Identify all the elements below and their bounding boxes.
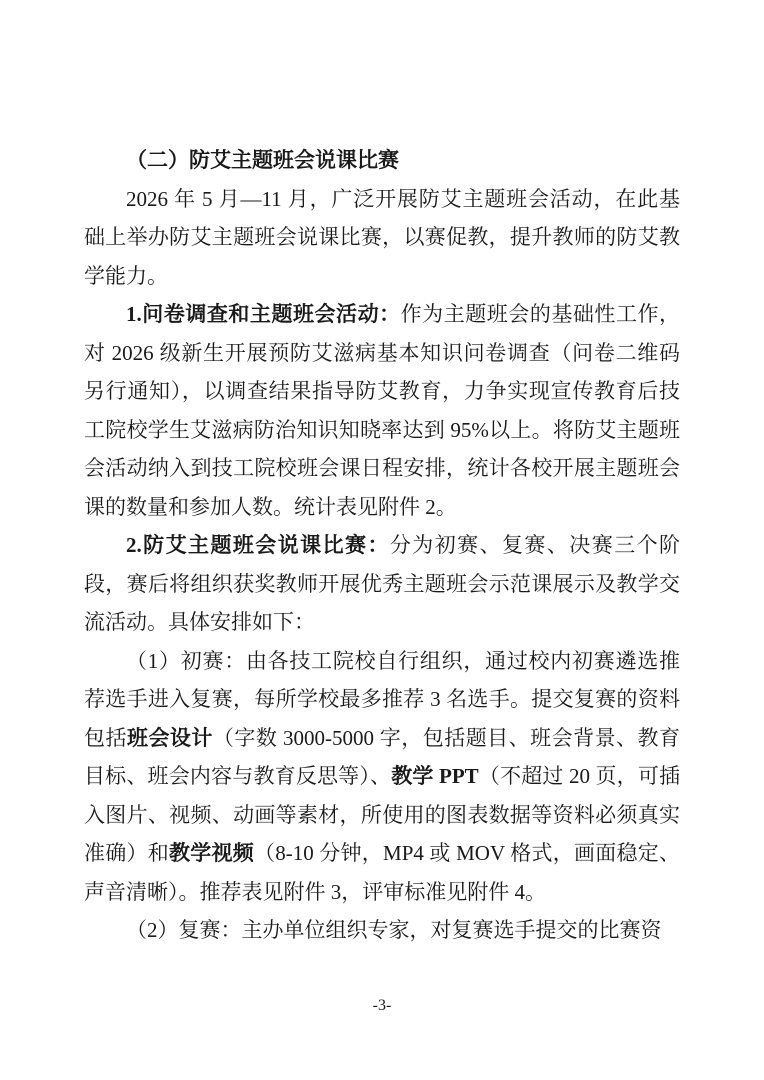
paragraphs-container: 2026 年 5 月—11 月，广泛开展防艾主题班会活动，在此基础上举办防艾主题…: [84, 180, 680, 950]
document-body: （二）防艾主题班会说课比赛 2026 年 5 月—11 月，广泛开展防艾主题班会…: [84, 141, 680, 950]
text-run: 作为主题班会的基础性工作，对 2026 级新生开展预防艾滋病基本知识问卷调查（问…: [84, 302, 680, 519]
bold-run: 教学 PPT: [391, 764, 478, 788]
paragraph: （1）初赛：由各技工院校自行组织，通过校内初赛遴选推荐选手进入复赛，每所学校最多…: [84, 642, 680, 912]
document-page: { "document": { "heading": "（二）防艾主题班会说课比…: [0, 0, 764, 1080]
paragraph: （2）复赛：主办单位组织专家，对复赛选手提交的比赛资: [84, 911, 680, 950]
text-run: 2026 年 5 月—11 月，广泛开展防艾主题班会活动，在此基础上举办防艾主题…: [84, 187, 680, 288]
paragraph: 2.防艾主题班会说课比赛：分为初赛、复赛、决赛三个阶段，赛后将组织获奖教师开展优…: [84, 526, 680, 642]
page-number: -3-: [0, 996, 764, 1016]
bold-run: 2.防艾主题班会说课比赛：: [126, 533, 390, 557]
bold-run: 1.问卷调查和主题班会活动：: [126, 302, 401, 326]
paragraph: 2026 年 5 月—11 月，广泛开展防艾主题班会活动，在此基础上举办防艾主题…: [84, 180, 680, 296]
page: （二）防艾主题班会说课比赛 2026 年 5 月—11 月，广泛开展防艾主题班会…: [0, 0, 764, 1080]
bold-run: 教学视频: [169, 841, 254, 865]
paragraph: 1.问卷调查和主题班会活动：作为主题班会的基础性工作，对 2026 级新生开展预…: [84, 295, 680, 526]
section-heading: （二）防艾主题班会说课比赛: [84, 141, 680, 180]
bold-run: 班会设计: [127, 726, 213, 750]
text-run: （2）复赛：主办单位组织专家，对复赛选手提交的比赛资: [126, 918, 662, 942]
